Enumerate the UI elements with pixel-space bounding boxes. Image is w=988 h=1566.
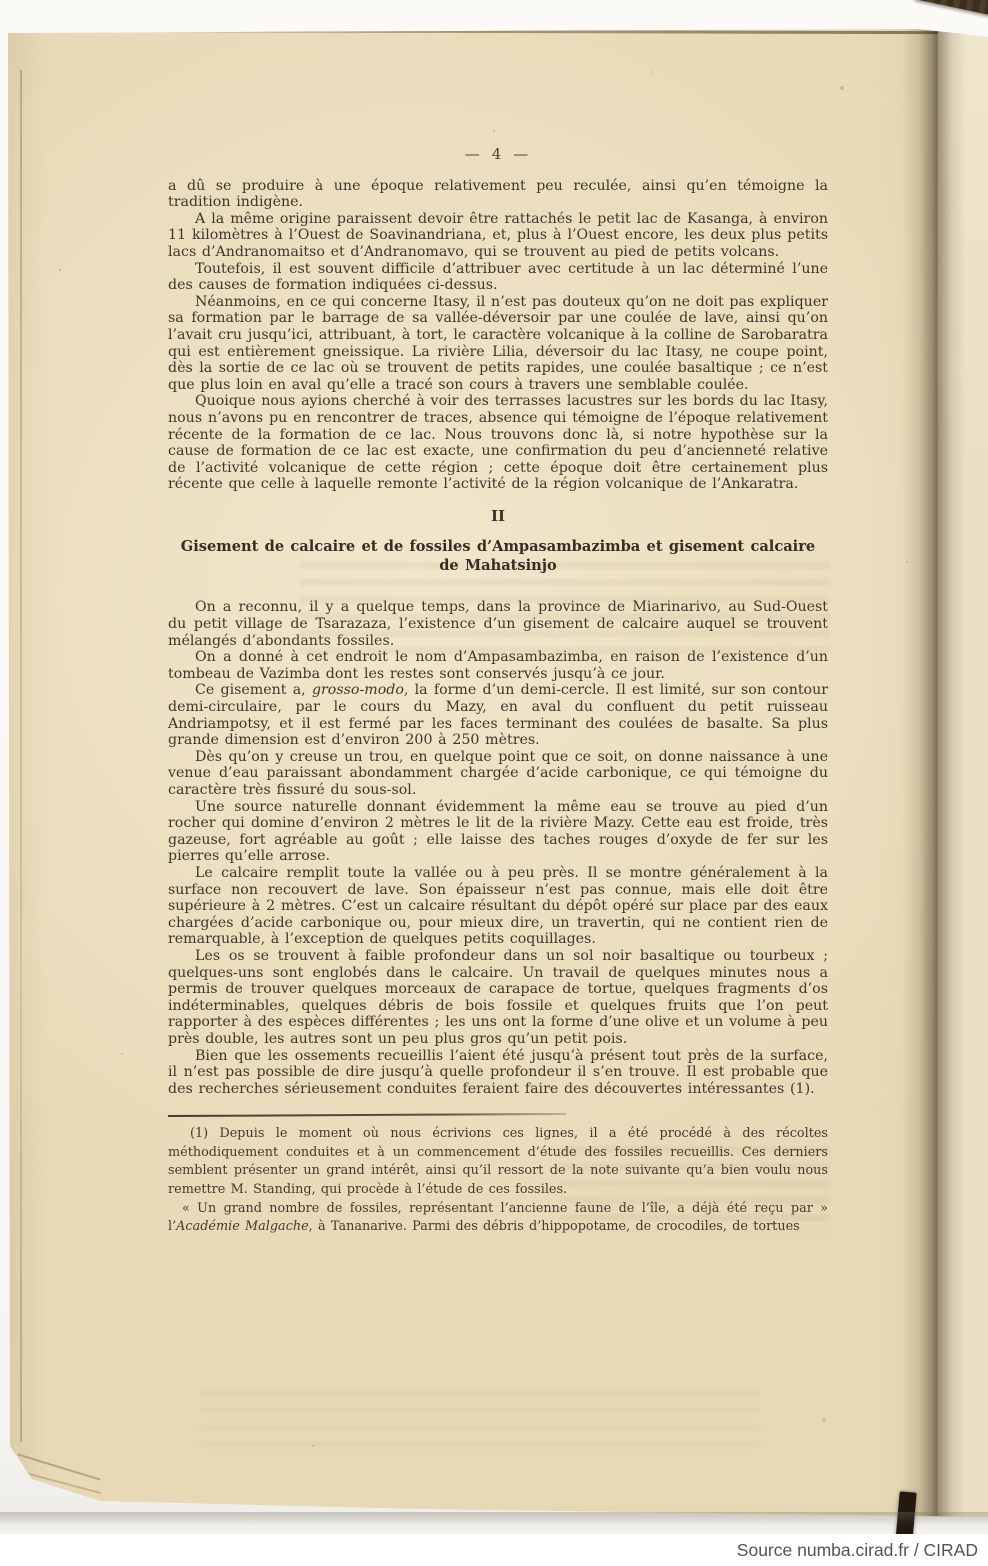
section-numeral: II: [168, 508, 828, 525]
footnote-separator: [168, 1113, 566, 1117]
italic-term: grosso-modo: [312, 682, 404, 698]
source-bar: Source numba.cirad.fr / CIRAD: [0, 1534, 988, 1566]
footnote-paragraph: (1) Depuis le moment où nous écrivions c…: [168, 1125, 828, 1199]
paragraph: Ce gisement a, grosso-modo, la forme d’u…: [168, 682, 828, 748]
source-attribution: Source numba.cirad.fr / CIRAD: [737, 1540, 978, 1561]
book-page: — 4 — a dû se produire à une époque rela…: [0, 0, 988, 1566]
page-text-column: — 4 — a dû se produire à une époque rela…: [168, 146, 828, 1237]
paragraph: Toutefois, il est souvent difficile d’at…: [168, 261, 828, 294]
page-gutter-shadow: [902, 29, 940, 1517]
footnote-paragraph: « Un grand nombre de fossiles, représent…: [168, 1200, 828, 1237]
scan-edge-shadow: [0, 1512, 988, 1526]
facing-page-edge: [938, 31, 988, 1517]
paragraph: On a donné à cet endroit le nom d’Ampasa…: [168, 649, 828, 682]
paragraph: Une source naturelle donnant évidemment …: [168, 799, 828, 865]
paragraph-text: Ce gisement a,: [195, 682, 312, 698]
paragraph: a dû se produire à une époque relativeme…: [168, 178, 828, 211]
paragraph: Dès qu’on y creuse un trou, en quelque p…: [168, 749, 828, 799]
section-title-line1: Gisement de calcaire et de fossiles d’Am…: [181, 538, 815, 555]
section-title: Gisement de calcaire et de fossiles d’Am…: [168, 537, 828, 575]
paragraph: A la même origine paraissent devoir être…: [168, 211, 828, 261]
ink-bleed-through: [200, 1390, 760, 1450]
page-left-fold-line: [20, 70, 22, 1442]
section-title-line2: de Mahatsinjo: [439, 557, 557, 574]
paragraph: Le calcaire remplit toute la vallée ou à…: [168, 865, 828, 948]
scanned-document: — 4 — a dû se produire à une époque rela…: [0, 0, 988, 1566]
page-number: — 4 —: [168, 146, 828, 163]
book-binding-edge: [915, 0, 988, 32]
footnote: (1) Depuis le moment où nous écrivions c…: [168, 1125, 828, 1237]
paragraph: On a reconnu, il y a quelque temps, dans…: [168, 599, 828, 649]
paragraph: Bien que les ossements recueillis l’aien…: [168, 1048, 828, 1098]
page-stack-edge: [18, 1453, 101, 1480]
paragraph: Néanmoins, en ce qui concerne Itasy, il …: [168, 294, 828, 394]
page-top-edge: [8, 29, 986, 35]
paragraph: Quoique nous ayions cherché à voir des t…: [168, 393, 828, 493]
italic-term: Académie Malgache: [176, 1219, 309, 1234]
paragraph: Les os se trouvent à faible profondeur d…: [168, 948, 828, 1048]
footnote-text: , à Tananarive. Parmi des débris d’hippo…: [309, 1219, 800, 1234]
paper-specks: [0, 0, 4, 4]
